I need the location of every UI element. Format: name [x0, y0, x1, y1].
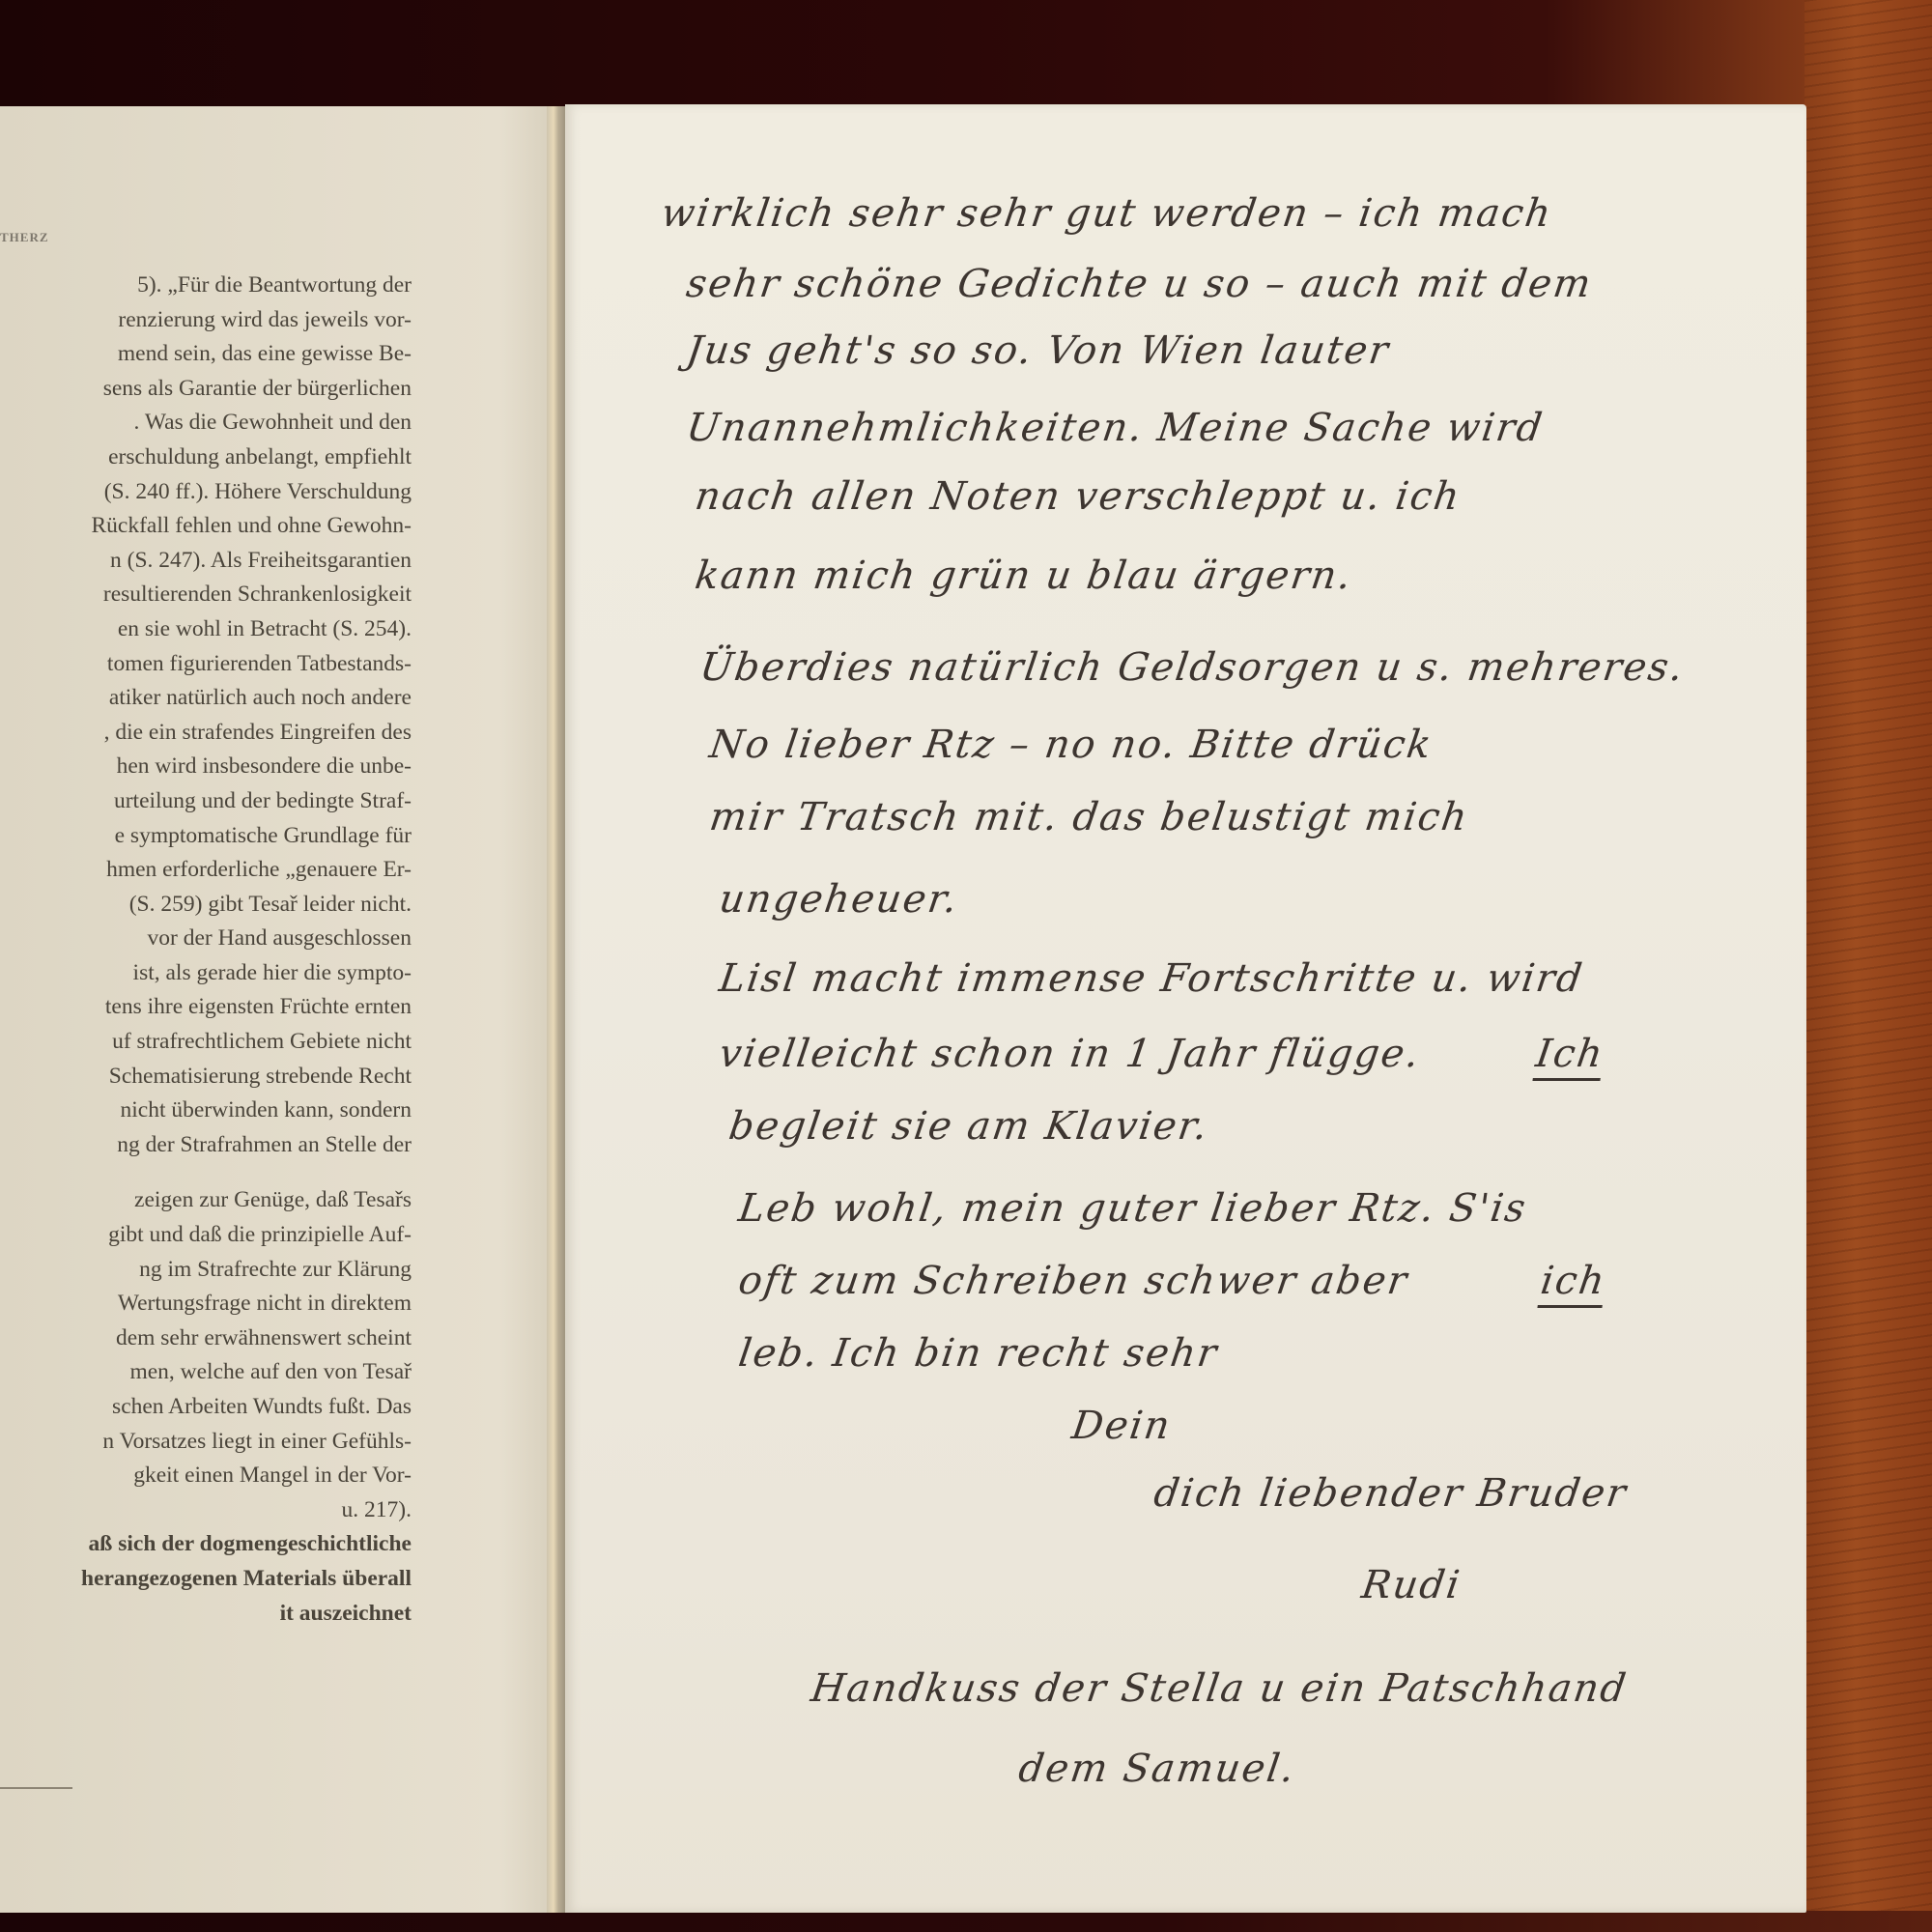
printed-line: hen wird insbesondere die unbe-: [0, 750, 412, 784]
printed-line: hmen erforderliche „genauere Er-: [0, 853, 412, 888]
printed-line: gibt und daß die prinzipielle Auf-: [0, 1218, 412, 1253]
printed-line: resultierenden Schrankenlosigkeit: [0, 578, 412, 612]
handwritten-line: wirklich sehr sehr gut werden – ich mach: [659, 191, 1555, 236]
footnote-rule: [0, 1787, 72, 1789]
handwritten-line: begleit sie am Klavier.: [726, 1104, 1212, 1149]
handwritten-line: Dein: [1069, 1404, 1175, 1448]
printed-line: e symptomatische Grundlage für: [0, 819, 412, 854]
handwritten-line: Jus geht's so so. Von Wien lauter: [684, 328, 1393, 373]
handwritten-line: Leb wohl, mein guter lieber Rtz. S'is: [736, 1186, 1530, 1231]
printed-line: uf strafrechtlichem Gebiete nicht: [0, 1025, 412, 1060]
handwritten-line: kann mich grün u blau ärgern.: [693, 554, 1355, 598]
handwritten-line: dich liebender Bruder: [1151, 1471, 1631, 1516]
printed-line: erschuldung anbelangt, empfiehlt: [0, 440, 412, 475]
printed-line: tomen figurierenden Tatbestands-: [0, 647, 412, 682]
printed-line: mend sein, das eine gewisse Be-: [0, 337, 412, 372]
printed-line: atiker natürlich auch noch andere: [0, 681, 412, 716]
printed-line: Wertungsfrage nicht in direktem: [0, 1287, 412, 1321]
printed-line: . Was die Gewohnheit und den: [0, 406, 412, 440]
handwritten-line: Rudi: [1359, 1563, 1464, 1607]
handwritten-line: leb. Ich bin recht sehr: [736, 1331, 1221, 1376]
handwritten-line: No lieber Rtz – no no. Bitte drück: [707, 723, 1435, 767]
wood-table-surface: [1804, 0, 1932, 1932]
handwritten-line: Unannehmlichkeiten. Meine Sache wird: [684, 406, 1547, 450]
printed-line: renzierung wird das jeweils vor-: [0, 303, 412, 338]
handwritten-line: ungeheuer.: [717, 877, 962, 922]
underlined-word: ich: [1537, 1259, 1608, 1308]
printed-line: it auszeichnet: [0, 1597, 412, 1632]
paragraph-gap: [0, 1162, 412, 1183]
printed-line: ng der Strafrahmen an Stelle der: [0, 1128, 412, 1163]
handwritten-letter-page: wirklich sehr sehr gut werden – ich mach…: [565, 104, 1806, 1913]
handwritten-line: Lisl macht immense Fortschritte u. wird: [717, 956, 1587, 1001]
printed-text-block: 5). „Für die Beantwortung derrenzierung …: [0, 269, 412, 1631]
printed-line: zeigen zur Genüge, daß Tesařs: [0, 1183, 412, 1218]
printed-book-page: THERZ 5). „Für die Beantwortung derrenzi…: [0, 106, 555, 1913]
printed-line: herangezogenen Materials überall: [0, 1562, 412, 1597]
printed-line: Rückfall fehlen und ohne Gewohn-: [0, 509, 412, 544]
printed-line: dem sehr erwähnenswert scheint: [0, 1321, 412, 1356]
printed-line: aß sich der dogmengeschichtliche: [0, 1527, 412, 1562]
printed-line: n Vorsatzes liegt in einer Gefühls-: [0, 1425, 412, 1460]
printed-line: men, welche auf den von Tesař: [0, 1355, 412, 1390]
printed-line: vor der Hand ausgeschlossen: [0, 922, 412, 956]
printed-line: n (S. 247). Als Freiheitsgarantien: [0, 544, 412, 579]
printed-line: nicht überwinden kann, sondern: [0, 1094, 412, 1128]
printed-line: ist, als gerade hier die sympto-: [0, 956, 412, 991]
book-gutter: [547, 106, 566, 1913]
handwritten-line: Handkuss der Stella u ein Patschhand: [809, 1666, 1631, 1711]
handwritten-line: dem Samuel.: [1016, 1747, 1299, 1791]
running-head: THERZ: [0, 230, 49, 245]
background-dark-bottom: [0, 1911, 1932, 1932]
handwritten-line: sehr schöne Gedichte u so – auch mit dem: [684, 262, 1596, 306]
printed-line: tens ihre eigensten Früchte ernten: [0, 990, 412, 1025]
printed-line: ng im Strafrechte zur Klärung: [0, 1253, 412, 1288]
printed-line: urteilung und der bedingte Straf-: [0, 784, 412, 819]
underlined-word: Ich: [1532, 1032, 1606, 1081]
printed-line: Schematisierung strebende Recht: [0, 1060, 412, 1094]
printed-line: 5). „Für die Beantwortung der: [0, 269, 412, 303]
background-dark-top: [0, 0, 1932, 108]
handwritten-line: mir Tratsch mit. das belustigt mich: [707, 795, 1472, 839]
handwritten-line: nach allen Noten verschleppt u. ich: [693, 474, 1464, 519]
printed-line: schen Arbeiten Wundts fußt. Das: [0, 1390, 412, 1425]
printed-line: en sie wohl in Betracht (S. 254).: [0, 612, 412, 647]
printed-line: gkeit einen Mangel in der Vor-: [0, 1459, 412, 1493]
handwritten-line: vielleicht schon in 1 Jahr flügge.: [717, 1032, 1424, 1076]
printed-line: , die ein strafendes Eingreifen des: [0, 716, 412, 751]
printed-line: (S. 240 ff.). Höhere Verschuldung: [0, 475, 412, 510]
printed-line: u. 217).: [0, 1493, 412, 1528]
handwritten-line: Überdies natürlich Geldsorgen u s. mehre…: [697, 645, 1688, 690]
handwritten-line: oft zum Schreiben schwer aber: [736, 1259, 1411, 1303]
printed-line: sens als Garantie der bürgerlichen: [0, 372, 412, 407]
printed-line: (S. 259) gibt Tesař leider nicht.: [0, 888, 412, 923]
